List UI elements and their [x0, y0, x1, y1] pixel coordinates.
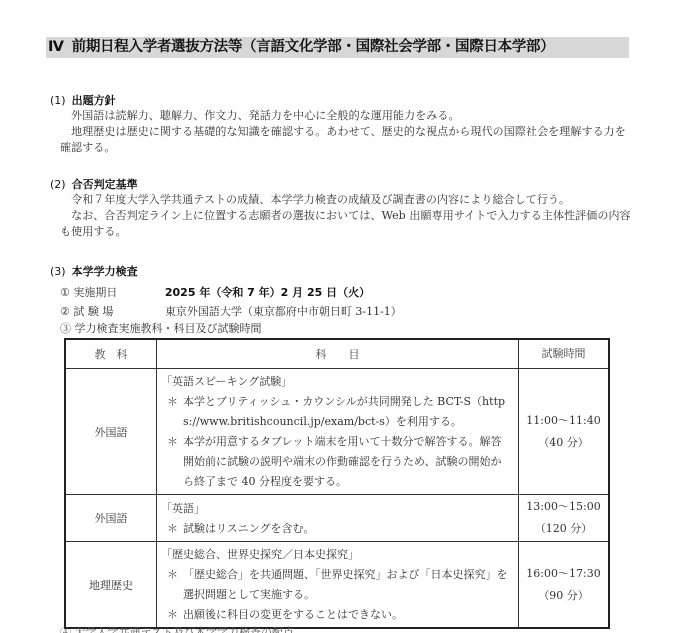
time-range: 11:00〜11:40: [519, 410, 608, 432]
note: ＊出願後に科目の変更をすることはできない。: [161, 605, 512, 625]
section-title: 出題方針: [72, 94, 116, 107]
table-header-row: 教 科 科 目 試験時間: [65, 339, 609, 369]
chapter-title-bar: Ⅳ前期日程入学者選抜方法等（言語文化学部・国際社会学部・国際日本学部）: [46, 37, 629, 58]
exam-venue-item: ② 試 験 場 東京外国語大学（東京都府中市朝日町 3-11-1）: [60, 303, 402, 319]
table-row: 外国語 「英語スピーキング試験」 ＊本学とブリティッシュ・カウンシルが共同開発し…: [65, 369, 609, 495]
note: ＊本学とブリティッシュ・カウンシルが共同開発した BCT-S（https://w…: [161, 392, 512, 432]
subject-area-cell: 地理歴史: [65, 542, 157, 629]
subject-title: 「英語」: [161, 499, 512, 519]
header-exam-time: 試験時間: [519, 339, 610, 369]
item-marker: ①: [60, 286, 70, 299]
item-marker: ②: [60, 305, 70, 318]
subject-cell: 「英語」 ＊試験はリスニングを含む。: [157, 495, 519, 542]
chapter-title: 前期日程入学者選抜方法等（言語文化学部・国際社会学部・国際日本学部）: [72, 39, 555, 55]
duration: （90 分）: [519, 585, 608, 607]
paragraph: なお、合否判定ライン上に位置する志願者の選抜においては、Web 出願専用サイトで…: [60, 208, 632, 240]
item-label: 試 験 場: [73, 303, 161, 319]
subject-cell: 「歴史総合、世界史探究／日本史探究」 ＊「歴史総合」を共通問題、「世界史探究」お…: [157, 542, 519, 629]
header-subject-area: 教 科: [65, 339, 157, 369]
section-body-policy: 外国語は読解力、聴解力、作文力、発話力を中心に全般的な運用能力をみる。 地理歴史…: [60, 108, 632, 156]
subject-title: 「英語スピーキング試験」: [161, 372, 512, 392]
time-range: 13:00〜15:00: [519, 496, 608, 518]
paragraph: 外国語は読解力、聴解力、作文力、発話力を中心に全般的な運用能力をみる。: [60, 108, 632, 124]
time-cell: 13:00〜15:00 （120 分）: [519, 495, 610, 542]
exam-venue-value: 東京外国語大学（東京都府中市朝日町 3-11-1）: [165, 305, 402, 318]
duration: （40 分）: [519, 432, 608, 454]
note: ＊本学が用意するタブレット端末を用いて十数分で解答する。解答開始前に試験の説明や…: [161, 432, 512, 492]
paragraph: 地理歴史は歴史に関する基礎的な知識を確認する。あわせて、歴史的な視点から現代の国…: [60, 124, 632, 156]
note: ＊試験はリスニングを含む。: [161, 519, 512, 539]
subject-title: 「歴史総合、世界史探究／日本史探究」: [161, 545, 512, 565]
asterisk-icon: ＊: [167, 565, 183, 605]
duration: （120 分）: [519, 518, 608, 540]
subject-area-cell: 外国語: [65, 495, 157, 542]
time-cell: 11:00〜11:40 （40 分）: [519, 369, 610, 495]
exam-date-item: ① 実施期日 2025 年（令和 7 年）2 月 25 日（火）: [60, 284, 370, 300]
exam-subjects-item: ③ 学力検査実施教科・科目及び試験時間: [60, 320, 262, 336]
section-number: (2): [50, 178, 66, 191]
header-subject: 科 目: [157, 339, 519, 369]
asterisk-icon: ＊: [167, 605, 183, 625]
chapter-numeral: Ⅳ: [48, 39, 64, 55]
item-label: 大学入学共通テスト及び本学学力検査の配点: [75, 626, 295, 633]
section-heading-exam: (3)本学学力検査: [50, 263, 138, 279]
exam-date-value: 2025 年（令和 7 年）2 月 25 日（火）: [165, 286, 370, 299]
section-number: (3): [50, 265, 66, 278]
section-title: 合否判定基準: [72, 178, 138, 191]
section-heading-policy: (1)出題方針: [50, 92, 116, 108]
item-label: 学力検査実施教科・科目及び試験時間: [75, 322, 262, 335]
asterisk-icon: ＊: [167, 392, 183, 432]
asterisk-icon: ＊: [167, 519, 183, 539]
exam-schedule-table: 教 科 科 目 試験時間 外国語 「英語スピーキング試験」 ＊本学とブリティッシ…: [64, 338, 610, 629]
table-row: 地理歴史 「歴史総合、世界史探究／日本史探究」 ＊「歴史総合」を共通問題、「世界…: [65, 542, 609, 629]
score-allocation-item: ④ 大学入学共通テスト及び本学学力検査の配点: [60, 624, 294, 633]
subject-area-cell: 外国語: [65, 369, 157, 495]
subject-cell: 「英語スピーキング試験」 ＊本学とブリティッシュ・カウンシルが共同開発した BC…: [157, 369, 519, 495]
section-heading-criteria: (2)合否判定基準: [50, 176, 138, 192]
asterisk-icon: ＊: [167, 432, 183, 492]
section-body-criteria: 令和７年度大学入学共通テストの成績、本学学力検査の成績及び調査書の内容により総合…: [60, 192, 632, 240]
paragraph: 令和７年度大学入学共通テストの成績、本学学力検査の成績及び調査書の内容により総合…: [60, 192, 632, 208]
table-row: 外国語 「英語」 ＊試験はリスニングを含む。 13:00〜15:00 （120 …: [65, 495, 609, 542]
note: ＊「歴史総合」を共通問題、「世界史探究」および「日本史探究」を選択問題として実施…: [161, 565, 512, 605]
section-number: (1): [50, 94, 66, 107]
item-marker: ④: [60, 626, 71, 633]
item-marker: ③: [60, 322, 71, 335]
item-label: 実施期日: [73, 284, 161, 300]
section-title: 本学学力検査: [72, 265, 138, 278]
time-cell: 16:00〜17:30 （90 分）: [519, 542, 610, 629]
time-range: 16:00〜17:30: [519, 563, 608, 585]
